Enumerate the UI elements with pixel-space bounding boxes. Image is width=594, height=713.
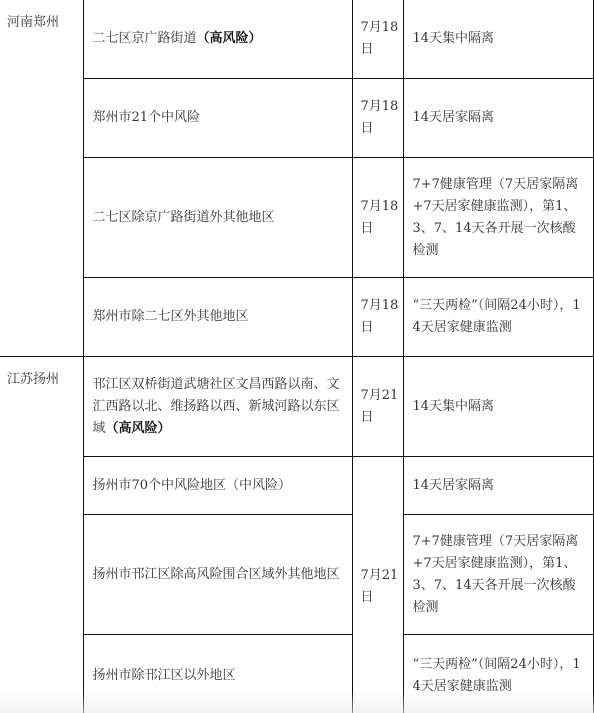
area-cell: 郑州市除二七区外其他地区 [83, 278, 352, 357]
area-text: 二七区除京广路街道外其他地区 [93, 210, 275, 225]
date-cell: 7月21日 [352, 357, 403, 457]
table-row: 江苏扬州 邗江区双桥街道武塘社区文昌西路以南、文汇西路以北、维扬路以西、新城河路… [0, 357, 593, 457]
date-cell: 7月18日 [352, 278, 403, 357]
area-text: 扬州市邗江区除高风险围合区域外其他地区 [93, 567, 340, 582]
table-row: 扬州市除邗江区以外地区 “三天两检”（间隔24小时），14天居家健康监测 [0, 635, 593, 713]
area-text: 郑州市除二七区外其他地区 [93, 309, 249, 324]
area-text: 扬州市70个中风险地区（中风险） [93, 478, 292, 493]
table-row: 郑州市除二七区外其他地区 7月18日 “三天两检”（间隔24小时），14天居家健… [0, 278, 593, 357]
measure-cell: 7+7健康管理（7天居家隔离+7天居家健康监测），第1、3、7、14天各开展一次… [403, 515, 593, 635]
area-cell: 二七区除京广路街道外其他地区 [83, 158, 352, 278]
risk-level-label: （高风险） [197, 31, 262, 46]
area-cell: 邗江区双桥街道武塘社区文昌西路以南、文汇西路以北、维扬路以西、新城河路以东区域（… [83, 357, 352, 457]
measure-cell: 14天居家隔离 [403, 79, 593, 158]
measure-cell: 14天集中隔离 [403, 0, 593, 79]
table-row: 河南郑州 二七区京广路街道（高风险） 7月18日 14天集中隔离 [0, 0, 593, 79]
area-text: 扬州市除邗江区以外地区 [93, 668, 236, 683]
region-cell: 江苏扬州 [0, 357, 83, 713]
table-row: 二七区除京广路街道外其他地区 7月18日 7+7健康管理（7天居家隔离+7天居家… [0, 158, 593, 278]
area-cell: 扬州市邗江区除高风险围合区域外其他地区 [83, 515, 352, 635]
measure-cell: “三天两检”（间隔24小时），14天居家健康监测 [403, 635, 593, 713]
table-row: 郑州市21个中风险 7月18日 14天居家隔离 [0, 79, 593, 158]
area-cell: 郑州市21个中风险 [83, 79, 352, 158]
measure-cell: 14天居家隔离 [403, 457, 593, 515]
measure-cell: 14天集中隔离 [403, 357, 593, 457]
measure-cell: “三天两检”（间隔24小时），14天居家健康监测 [403, 278, 593, 357]
measure-cell: 7+7健康管理（7天居家隔离+7天居家健康监测），第1、3、7、14天各开展一次… [403, 158, 593, 278]
risk-area-table: 河南郑州 二七区京广路街道（高风险） 7月18日 14天集中隔离 郑州市21个中… [0, 0, 594, 713]
area-cell: 扬州市除邗江区以外地区 [83, 635, 352, 713]
table-row: 扬州市70个中风险地区（中风险） 7月21日 14天居家隔离 [0, 457, 593, 515]
area-text: 二七区京广路街道 [93, 31, 197, 46]
area-text: 郑州市21个中风险 [93, 110, 201, 125]
date-cell: 7月18日 [352, 79, 403, 158]
date-cell: 7月21日 [352, 457, 403, 713]
date-cell: 7月18日 [352, 158, 403, 278]
region-cell: 河南郑州 [0, 0, 83, 357]
date-cell: 7月18日 [352, 0, 403, 79]
risk-level-label: （高风险） [106, 421, 171, 436]
area-cell: 扬州市70个中风险地区（中风险） [83, 457, 352, 515]
table-row: 扬州市邗江区除高风险围合区域外其他地区 7+7健康管理（7天居家隔离+7天居家健… [0, 515, 593, 635]
area-cell: 二七区京广路街道（高风险） [83, 0, 352, 79]
